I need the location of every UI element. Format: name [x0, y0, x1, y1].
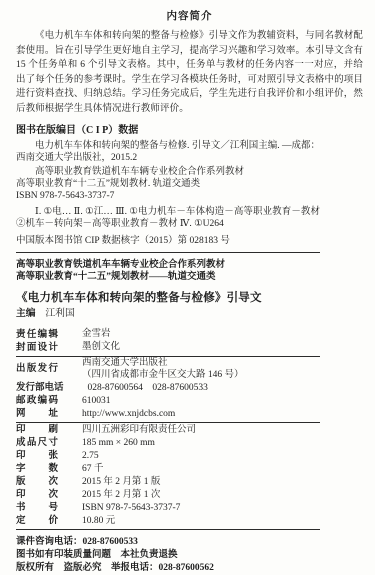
- series-line-2: 高等职业教育“十二五”规划教材——轨道交通类: [16, 271, 320, 283]
- row-value: http://www.xnjdcbs.com: [82, 409, 175, 420]
- row-label: 版次: [16, 477, 58, 488]
- row-value: 610031: [82, 396, 111, 407]
- series-line-1: 高等职业教育铁道机车车辆专业校企合作系列教材: [16, 259, 320, 271]
- row-value-line: 67 千: [82, 464, 103, 475]
- row-label: 字数: [16, 464, 58, 475]
- cip-record: 电力机车车体和转向架的整备与检修. 引导文／江利国主编. —成都：西南交通大学出…: [16, 140, 320, 164]
- editor-name: 江利国: [45, 308, 74, 319]
- row-label: 成品尺寸: [16, 438, 58, 449]
- cip-series-block: 高等职业教育铁道机车车辆专业校企合作系列教材高等职业教育“十二五”规划教材. 轨…: [16, 166, 320, 203]
- row-value: 185 mm × 260 mm: [82, 438, 155, 449]
- row-value: 2.75: [82, 451, 99, 462]
- row-label: 发行部电话: [16, 383, 64, 394]
- row-value-line: 西南交通大学出版社: [82, 358, 244, 369]
- row-label: 封面设计: [16, 343, 58, 354]
- table-row: 责任编辑金雪岩: [16, 329, 320, 342]
- table-group: 出版发行西南交通大学出版社（四川省成都市金牛区交大路 146 号）发行部电话02…: [16, 356, 320, 422]
- cip-series-line: 高等职业教育铁道机车车辆专业校企合作系列教材: [16, 166, 320, 178]
- colophon-page: 内容简介 《电力机车车体和转向架的整备与检修》引导文作为教辅资料，与同名教材配套…: [0, 0, 375, 575]
- row-value-line: 墨创文化: [82, 342, 120, 353]
- row-value: 67 千: [82, 464, 103, 475]
- cip-series-line: 高等职业教育“十二五”规划教材. 轨道交通类: [16, 178, 320, 190]
- divider: [16, 252, 320, 253]
- table-group: 印刷四川五洲彩印有限责任公司成品尺寸185 mm × 260 mm印张2.75字…: [16, 422, 320, 529]
- table-row: 印次2015 年 2 月第 1 次: [16, 489, 320, 502]
- footer-line: 图书如有印装质量问题 本社负责退换: [16, 549, 320, 562]
- row-value-line: ISBN 978-7-5643-3737-7: [82, 503, 180, 514]
- table-row: 成品尺寸185 mm × 260 mm: [16, 437, 320, 450]
- table-row: 定价10.80 元: [16, 515, 320, 528]
- row-value-line: 2015 年 2 月第 1 版: [82, 477, 160, 488]
- row-value-line: 028-87600564 028-87600533: [88, 383, 208, 394]
- row-value: 四川五洲彩印有限责任公司: [82, 425, 196, 436]
- table-row: 版次2015 年 2 月第 1 版: [16, 476, 320, 489]
- row-value-line: 四川五洲彩印有限责任公司: [82, 425, 196, 436]
- table-row: 发行部电话028-87600564 028-87600533: [16, 382, 320, 395]
- row-value: 西南交通大学出版社（四川省成都市金牛区交大路 146 号）: [82, 358, 244, 381]
- table-row: 邮政编码610031: [16, 395, 320, 408]
- footer-line: 版权所有 盗版必究 举报电话：028-87600562: [16, 562, 320, 575]
- row-label: 网址: [16, 409, 58, 420]
- table-row: 网址http://www.xnjdcbs.com: [16, 408, 320, 421]
- row-value: 金雪岩: [82, 329, 111, 340]
- editor-line: 主编江利国: [16, 307, 320, 320]
- row-value: 2015 年 2 月第 1 版: [82, 477, 160, 488]
- row-label: 印刷: [16, 425, 58, 436]
- intro-paragraph: 《电力机车车体和转向架的整备与检修》引导文作为教辅资料，与同名教材配套使用。旨在…: [16, 29, 363, 117]
- row-value-line: 610031: [82, 396, 111, 407]
- footer-line: 课件咨询电话：028-87600533: [16, 536, 320, 549]
- row-label: 出版发行: [16, 364, 58, 375]
- table-row: 印刷四川五洲彩印有限责任公司: [16, 424, 320, 437]
- table-row: 出版发行西南交通大学出版社（四川省成都市金牛区交大路 146 号）: [16, 358, 320, 382]
- row-value: 028-87600564 028-87600533: [88, 383, 208, 394]
- table-row: 书号ISBN 978-7-5643-3737-7: [16, 502, 320, 515]
- cip-classification: Ⅰ. ①电… Ⅱ. ①江… Ⅲ. ①电力机车－车体构造－高等职业教育－教材②机车…: [16, 206, 320, 230]
- footer-notes: 课件咨询电话：028-87600533图书如有印装质量问题 本社负责退换版权所有…: [16, 536, 320, 575]
- row-label: 邮政编码: [16, 396, 58, 407]
- table-group: 责任编辑金雪岩封面设计墨创文化: [16, 328, 320, 356]
- row-value-line: 2.75: [82, 451, 99, 462]
- row-label: 书号: [16, 503, 58, 514]
- publication-info-table: 责任编辑金雪岩封面设计墨创文化出版发行西南交通大学出版社（四川省成都市金牛区交大…: [16, 328, 320, 530]
- row-value-line: 2015 年 2 月第 1 次: [82, 490, 160, 501]
- row-value-line: http://www.xnjdcbs.com: [82, 409, 175, 420]
- row-value-line: 金雪岩: [82, 329, 111, 340]
- editor-label: 主编: [16, 308, 36, 319]
- row-label: 责任编辑: [16, 330, 58, 341]
- table-row: 封面设计墨创文化: [16, 342, 320, 355]
- row-label: 印张: [16, 451, 58, 462]
- cip-series-line: ISBN 978-7-5643-3737-7: [16, 190, 320, 202]
- intro-title: 内容简介: [16, 10, 363, 24]
- row-label: 定价: [16, 516, 58, 527]
- cip-heading: 图书在版编目（C I P）数据: [16, 124, 320, 137]
- main-column: 图书在版编目（C I P）数据 电力机车车体和转向架的整备与检修. 引导文／江利…: [16, 124, 320, 575]
- row-value: 墨创文化: [82, 342, 120, 353]
- row-value: 10.80 元: [82, 516, 115, 527]
- table-row: 印张2.75: [16, 450, 320, 463]
- cip-registry: 中国版本图书馆 CIP 数据核字（2015）第 028183 号: [16, 235, 320, 248]
- row-value: 2015 年 2 月第 1 次: [82, 490, 160, 501]
- row-value: ISBN 978-7-5643-3737-7: [82, 503, 180, 514]
- row-value-line: （四川省成都市金牛区交大路 146 号）: [82, 370, 244, 381]
- row-value-line: 185 mm × 260 mm: [82, 438, 155, 449]
- table-row: 字数67 千: [16, 463, 320, 476]
- row-label: 印次: [16, 490, 58, 501]
- row-value-line: 10.80 元: [82, 516, 115, 527]
- book-title: 《电力机车车体和转向架的整备与检修》引导文: [16, 291, 320, 305]
